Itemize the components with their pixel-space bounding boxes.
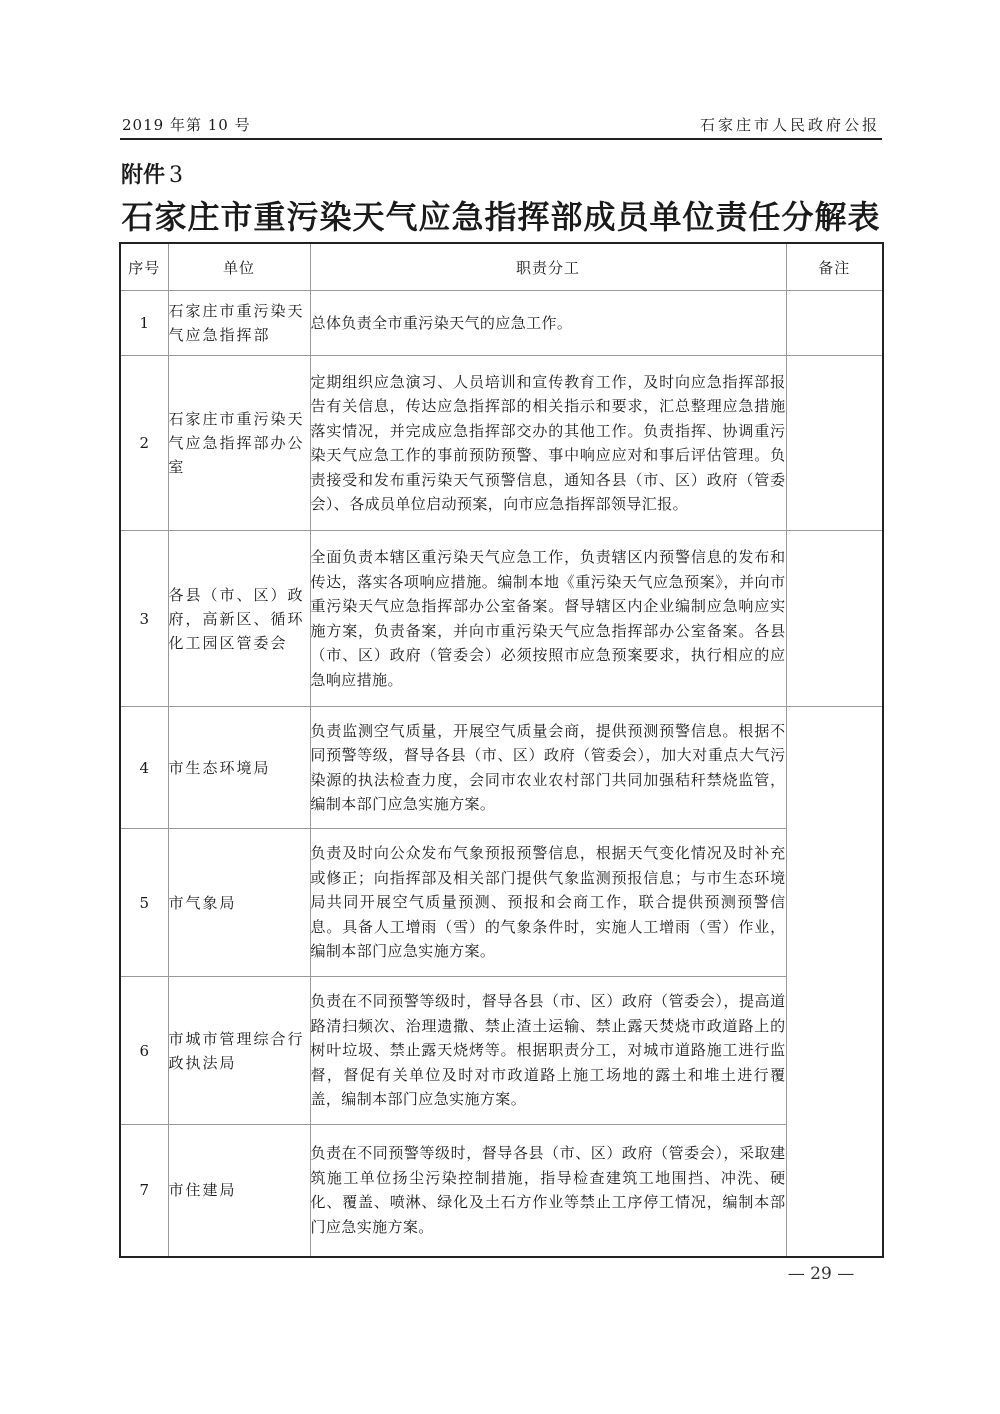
row-duty: 定期组织应急演习、人员培训和宣传教育工作，及时向应急指挥部报告有关信息，传达应急… [310,356,786,531]
column-header-remark: 备注 [786,243,883,291]
table-row: 5 市气象局 负责及时向公众发布气象预报预警信息，根据天气变化情况及时补充或修正… [120,829,883,977]
row-unit: 市气象局 [168,829,310,977]
page-number: — 29 — [760,1264,882,1284]
column-header-duty: 职责分工 [310,243,786,291]
row-unit: 石家庄市重污染天气应急指挥部办公室 [168,356,310,531]
responsibility-table: 序号 单位 职责分工 备注 1 石家庄市重污染天气应急指挥部 总体负责全市重污染… [119,242,884,1258]
table-row: 3 各县（市、区）政府，高新区、循环化工园区管委会 全面负责本辖区重污染天气应急… [120,531,883,707]
row-seq: 2 [120,356,168,531]
table-row: 1 石家庄市重污染天气应急指挥部 总体负责全市重污染天气的应急工作。 [120,291,883,356]
row-duty: 负责在不同预警等级时，督导各县（市、区）政府（管委会），提高道路清扫频次、治理遗… [310,977,786,1125]
row-duty: 负责及时向公众发布气象预报预警信息，根据天气变化情况及时补充或修正；向指挥部及相… [310,829,786,977]
row-unit: 市城市管理综合行政执法局 [168,977,310,1125]
attachment-text: 附件 [121,163,165,188]
issue-number: 2019 年第 10 号 [122,114,251,135]
table-row: 6 市城市管理综合行政执法局 负责在不同预警等级时，督导各县（市、区）政府（管委… [120,977,883,1125]
attachment-label: 附件3 [121,158,183,189]
row-unit: 石家庄市重污染天气应急指挥部 [168,291,310,356]
row-duty: 负责在不同预警等级时，督导各县（市、区）政府（管委会），采取建筑施工单位扬尘污染… [310,1125,786,1257]
row-seq: 1 [120,291,168,356]
table-row: 4 市生态环境局 负责监测空气质量，开展空气质量会商，提供预测预警信息。根据不同… [120,707,883,829]
merged-remark-cell [786,707,883,1257]
row-seq: 4 [120,707,168,829]
column-header-seq: 序号 [120,243,168,291]
row-duty: 总体负责全市重污染天气的应急工作。 [310,291,786,356]
attachment-number: 3 [169,163,183,188]
row-seq: 3 [120,531,168,707]
page-header: 2019 年第 10 号 石家庄市人民政府公报 [120,112,882,140]
document-title: 石家庄市重污染天气应急指挥部成员单位责任分解表 [120,192,882,238]
publication-name: 石家庄市人民政府公报 [700,114,880,135]
table-header-row: 序号 单位 职责分工 备注 [120,243,883,291]
table-row: 7 市住建局 负责在不同预警等级时，督导各县（市、区）政府（管委会），采取建筑施… [120,1125,883,1257]
row-seq: 7 [120,1125,168,1257]
row-seq: 6 [120,977,168,1125]
row-duty: 全面负责本辖区重污染天气应急工作，负责辖区内预警信息的发布和传达，落实各项响应措… [310,531,786,707]
row-remark [786,356,883,531]
row-unit: 市住建局 [168,1125,310,1257]
row-seq: 5 [120,829,168,977]
row-unit: 市生态环境局 [168,707,310,829]
row-remark [786,291,883,356]
row-duty: 负责监测空气质量，开展空气质量会商，提供预测预警信息。根据不同预警等级，督导各县… [310,707,786,829]
column-header-unit: 单位 [168,243,310,291]
row-remark [786,531,883,707]
row-unit: 各县（市、区）政府，高新区、循环化工园区管委会 [168,531,310,707]
table-row: 2 石家庄市重污染天气应急指挥部办公室 定期组织应急演习、人员培训和宣传教育工作… [120,356,883,531]
